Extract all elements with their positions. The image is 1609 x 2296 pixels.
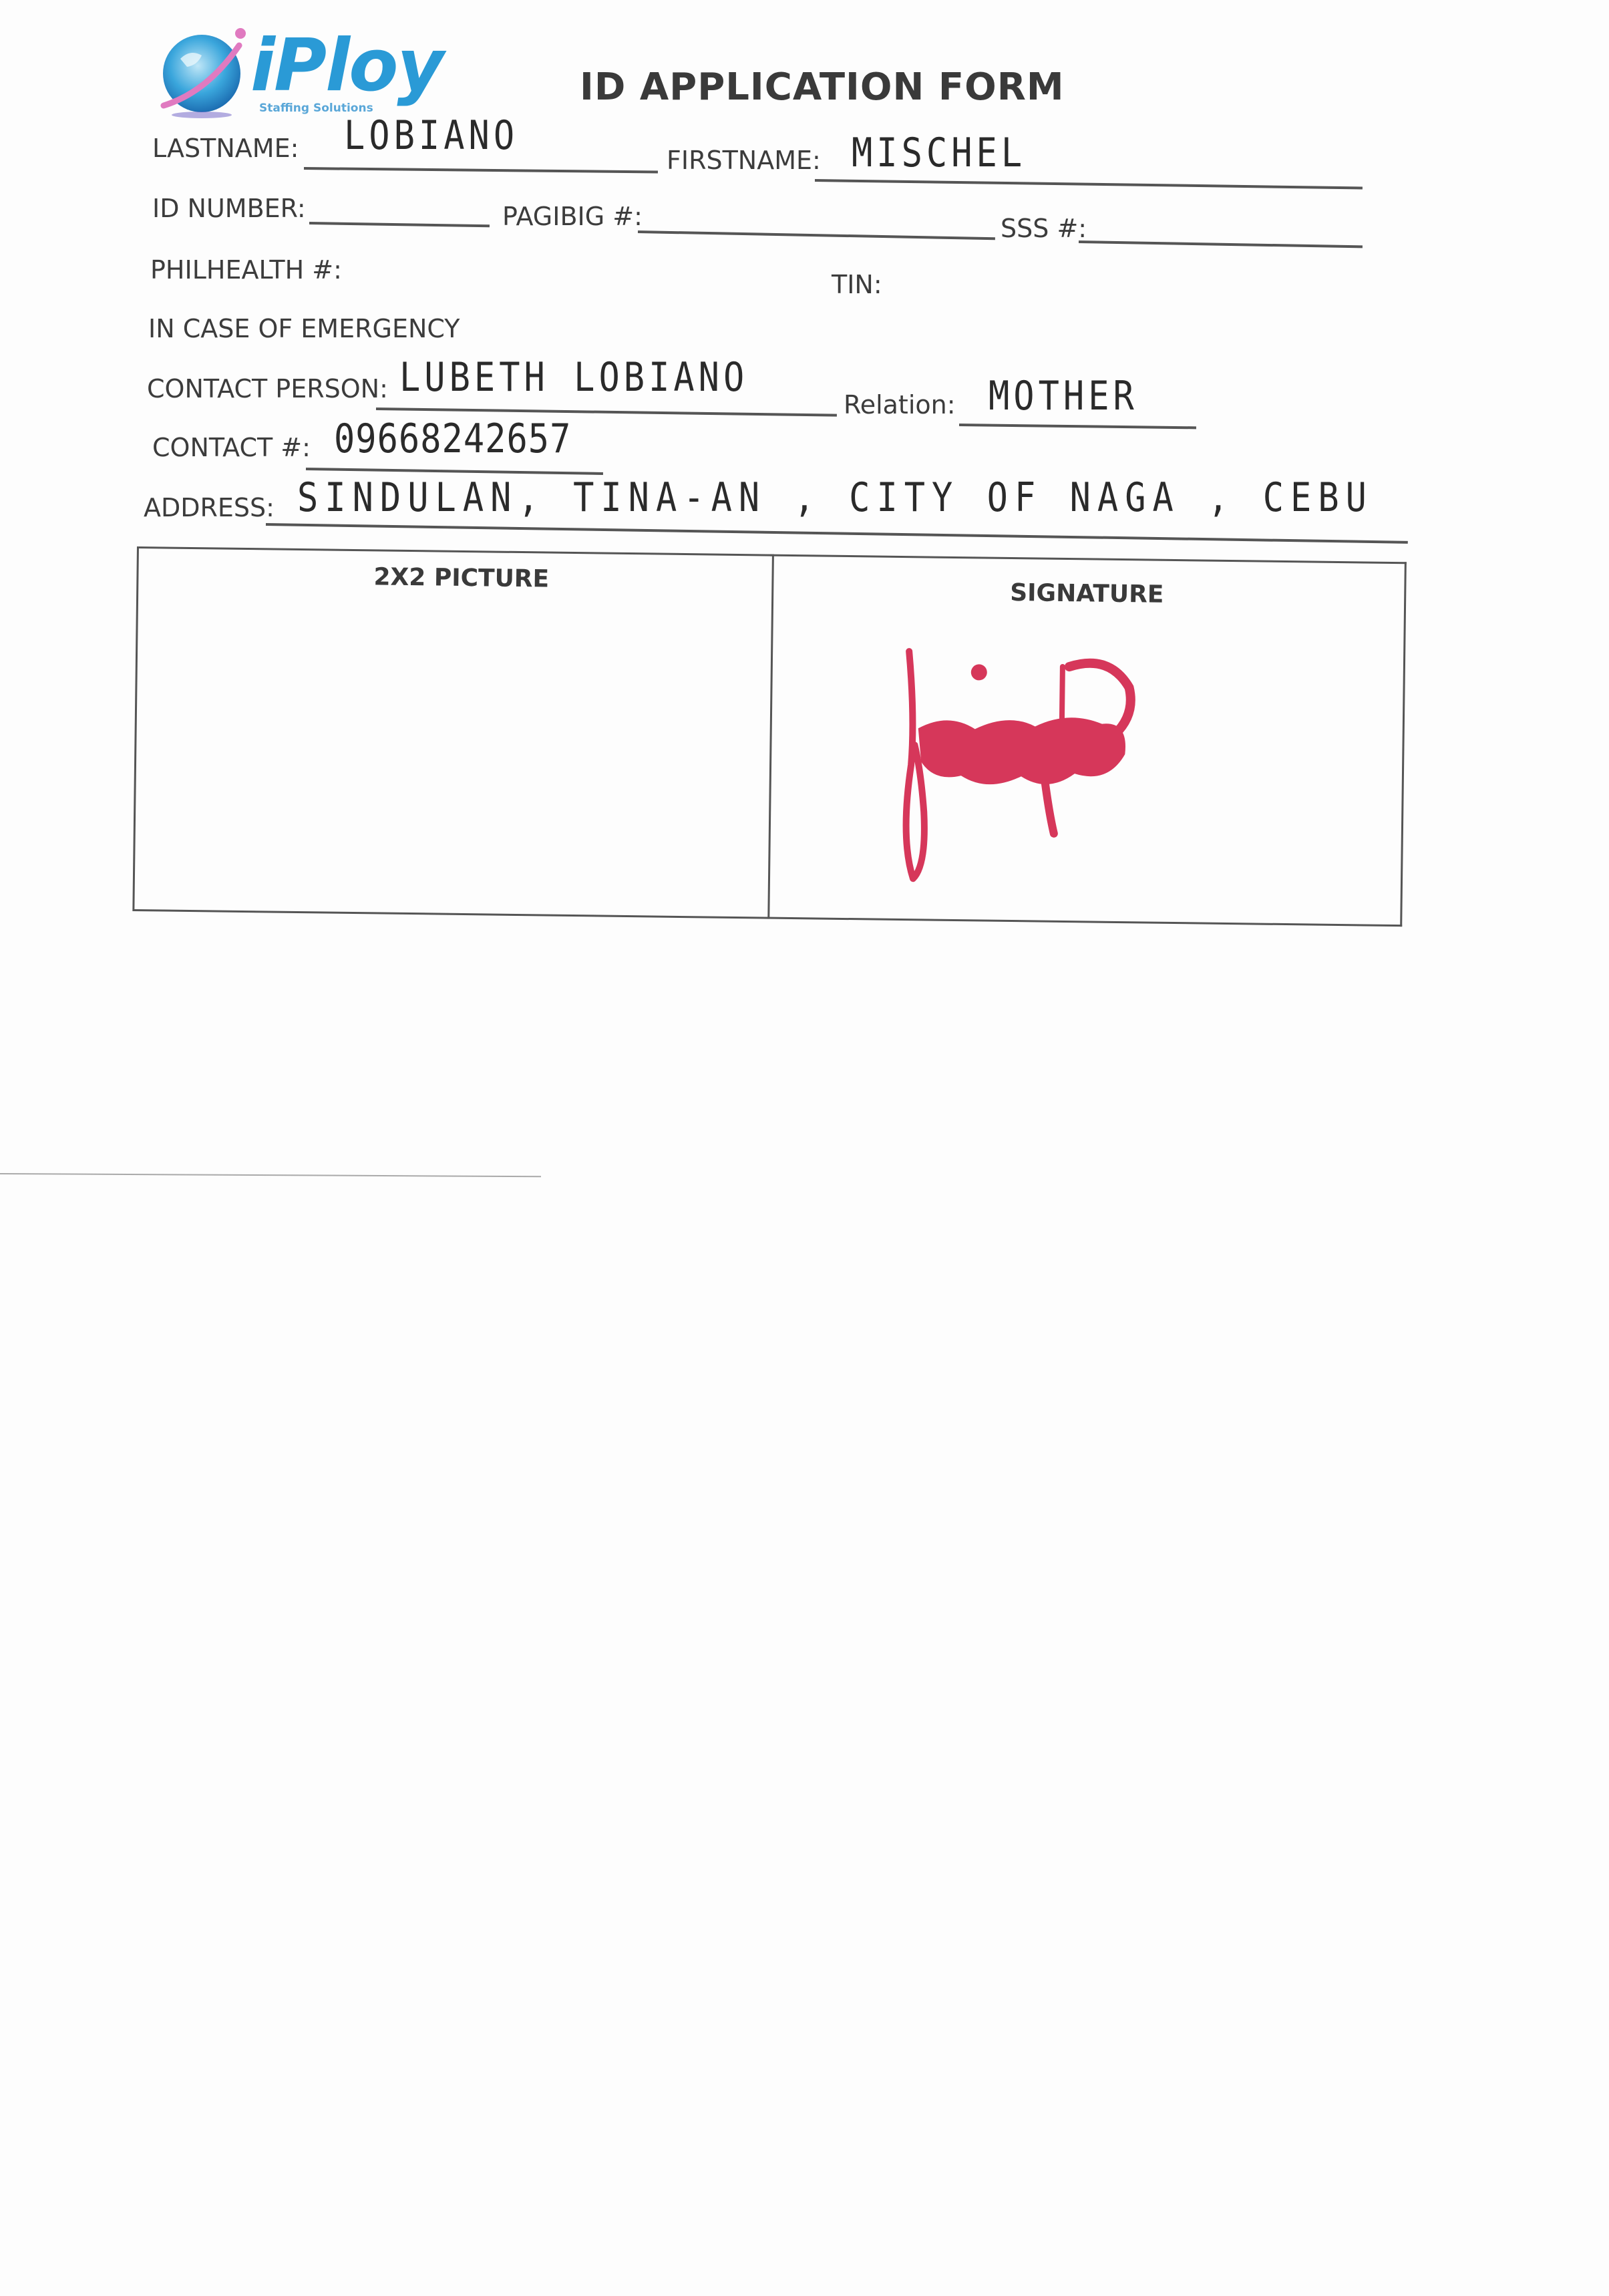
- address-underline: [266, 523, 1408, 544]
- address-label: ADDRESS:: [144, 493, 275, 522]
- philhealth-label: PHILHEALTH #:: [150, 255, 342, 285]
- contact-person-label: CONTACT PERSON:: [147, 374, 388, 403]
- relation-value[interactable]: MOTHER: [989, 373, 1138, 420]
- tin-label: TIN:: [832, 270, 882, 299]
- company-logo: iPloy Staffing Solutions: [160, 20, 427, 120]
- firstname-underline: [815, 179, 1363, 189]
- contact-person-underline: [376, 407, 837, 417]
- address-value[interactable]: SINDULAN, TINA-AN , CITY OF NAGA , CEBU: [297, 475, 1373, 521]
- globe-swoosh-icon: [160, 25, 254, 119]
- firstname-label: FIRSTNAME:: [667, 146, 821, 175]
- pagibig-input[interactable]: [638, 230, 995, 240]
- contact-number-label: CONTACT #:: [152, 433, 311, 462]
- relation-label: Relation:: [844, 390, 956, 420]
- pagibig-label: PAGIBIG #:: [502, 202, 643, 231]
- sss-input[interactable]: [1079, 240, 1363, 248]
- relation-underline: [959, 424, 1196, 429]
- scan-artifact-line: [0, 1173, 541, 1177]
- lastname-underline: [304, 167, 658, 174]
- id-number-input[interactable]: [309, 222, 490, 227]
- picture-box[interactable]: 2X2 PICTURE: [132, 546, 774, 919]
- contact-person-value[interactable]: LUBETH LOBIANO: [399, 355, 748, 401]
- page-title: ID APPLICATION FORM: [580, 65, 1065, 109]
- picture-box-title: 2X2 PICTURE: [373, 563, 549, 593]
- logo-wordmark: iPloy: [250, 24, 443, 108]
- emergency-heading: IN CASE OF EMERGENCY: [148, 314, 460, 343]
- signature-box-title: SIGNATURE: [1010, 579, 1164, 609]
- contact-number-value[interactable]: 09668242657: [334, 416, 571, 462]
- signature-box[interactable]: SIGNATURE: [765, 554, 1407, 927]
- sss-label: SSS #:: [1001, 214, 1087, 243]
- lastname-label: LASTNAME:: [152, 134, 299, 163]
- firstname-value[interactable]: MISCHEL: [852, 130, 1026, 176]
- lastname-value[interactable]: LOBIANO: [344, 113, 518, 159]
- signature-ink-icon: [886, 638, 1210, 909]
- contact-number-underline: [306, 468, 603, 475]
- photo-signature-table: 2X2 PICTURE SIGNATURE: [132, 546, 1413, 956]
- id-number-label: ID NUMBER:: [152, 194, 306, 223]
